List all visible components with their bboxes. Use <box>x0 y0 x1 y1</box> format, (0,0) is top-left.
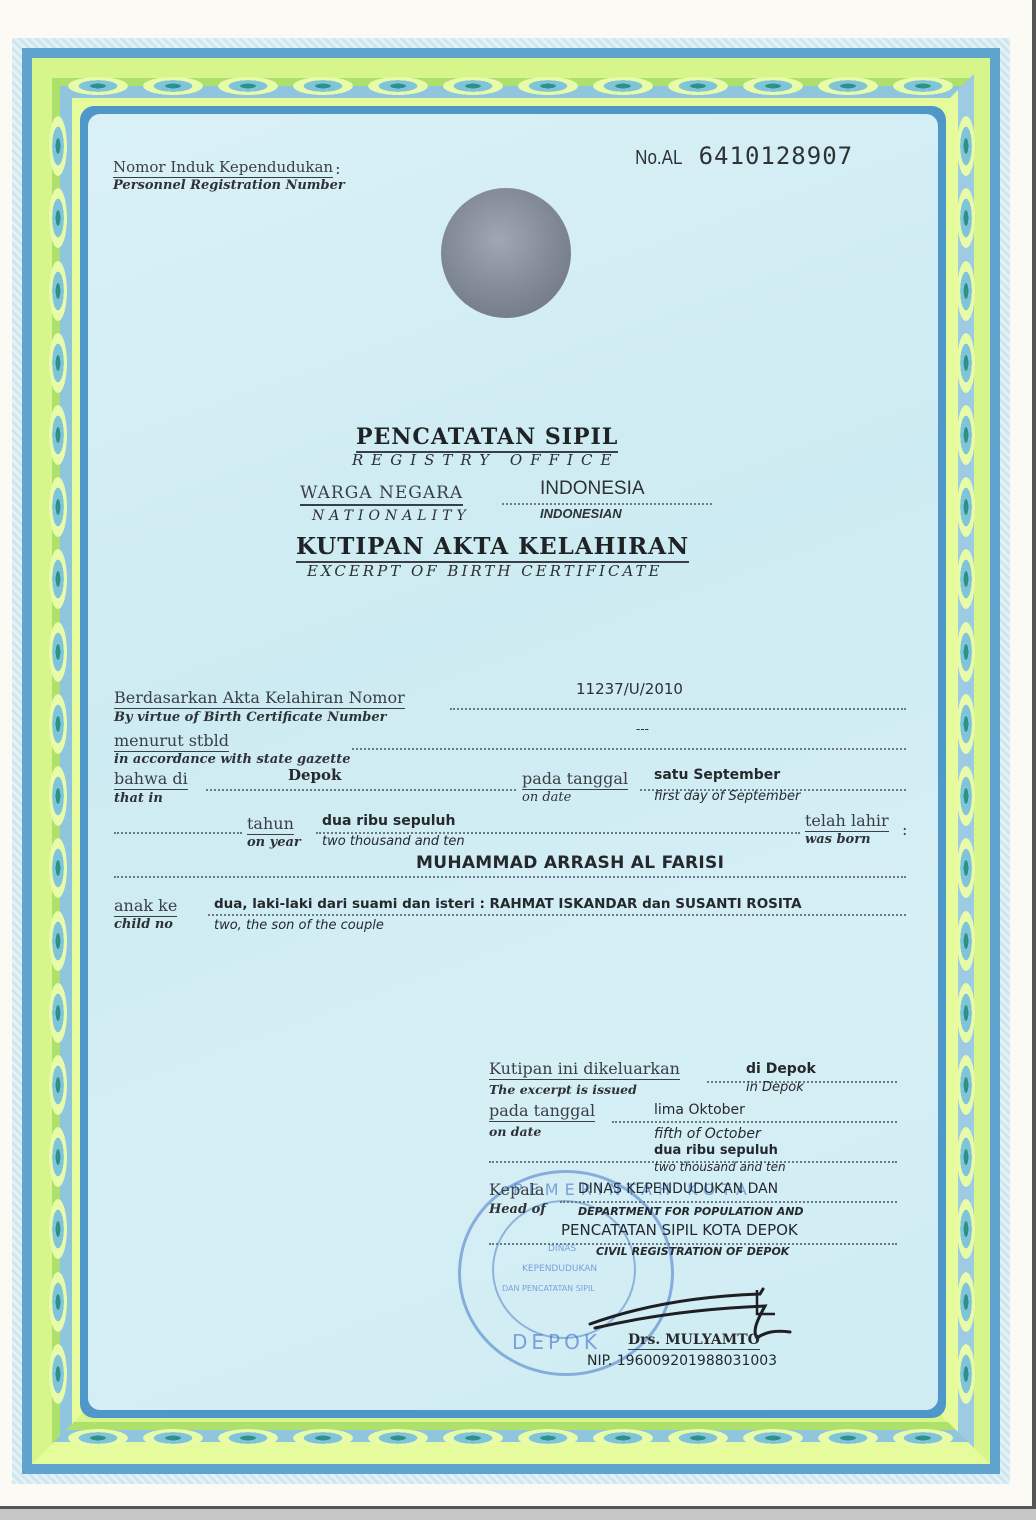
stbld-sub-label: in accordance with state gazette <box>114 752 350 767</box>
border-ornament-icon <box>49 1055 67 1115</box>
official-name: Drs. MULYAMTO <box>628 1332 760 1350</box>
border-ornament-icon <box>957 1272 975 1332</box>
border-ornament-icon <box>443 1429 503 1447</box>
border-ornament-icon <box>957 1127 975 1187</box>
child-no-label: anak ke <box>114 896 177 917</box>
border-ornament-icon <box>49 983 67 1043</box>
birth-year-sub-label: on year <box>247 835 301 850</box>
stamp-center-line-2: KEPENDUDUKAN <box>522 1264 597 1274</box>
nationality-value: INDONESIA <box>540 478 645 500</box>
border-ornament-icon <box>293 77 353 95</box>
border-ornament-icon <box>593 1429 653 1447</box>
born-colon: : <box>902 820 907 839</box>
border-ornament-icon <box>743 1429 803 1447</box>
nik-sub-label: Personnel Registration Number <box>113 178 345 193</box>
border-ornament-icon <box>957 983 975 1043</box>
border-ornament-icon <box>957 1055 975 1115</box>
serial-number-group: No.AL 6410128907 <box>631 142 853 170</box>
border-ornament-icon <box>49 766 67 826</box>
nationality-label: WARGA NEGARA <box>300 483 463 506</box>
nationality-value-sub: INDONESIAN <box>540 506 622 521</box>
ornament-row-top <box>60 66 960 106</box>
border-ornament-icon <box>68 1429 128 1447</box>
border-ornament-icon <box>49 405 67 465</box>
issued-year-value-sub: two thousand and ten <box>654 1160 786 1174</box>
border-ornament-icon <box>68 77 128 95</box>
office-title: PENCATATAN SIPIL <box>356 424 618 453</box>
child-no-value: dua, laki-laki dari suami dan isteri : R… <box>214 896 802 912</box>
border-ornament-icon <box>957 333 975 393</box>
ornament-row-right <box>946 110 986 1410</box>
border-ornament-icon <box>957 116 975 176</box>
document-subtitle: EXCERPT OF BIRTH CERTIFICATE <box>307 562 662 580</box>
border-ornament-icon <box>143 77 203 95</box>
border-ornament-icon <box>49 116 67 176</box>
birth-date-value: satu September <box>654 767 780 783</box>
stamp-center-line-3: DAN PENCATATAN SIPIL <box>502 1284 595 1293</box>
nationality-dotted-line <box>502 503 712 505</box>
ornament-row-bottom <box>60 1418 960 1458</box>
birth-date-sub-label: on date <box>522 790 571 805</box>
scan-edge-bottom <box>0 1506 1036 1520</box>
birth-date-label: pada tanggal <box>522 769 628 790</box>
place-label: bahwa di <box>114 769 188 790</box>
border-ornament-icon <box>49 694 67 754</box>
office-title-group: PENCATATAN SIPIL <box>356 424 618 453</box>
birth-date-value-sub: first day of September <box>654 789 800 804</box>
border-ornament-icon <box>893 77 953 95</box>
border-ornament-icon <box>443 77 503 95</box>
issued-date-value: lima Oktober <box>654 1102 745 1118</box>
border-ornament-icon <box>518 1429 578 1447</box>
issued-label: Kutipan ini dikeluarkan <box>489 1059 680 1080</box>
border-ornament-icon <box>49 261 67 321</box>
issued-date-sub-label: on date <box>489 1124 541 1139</box>
border-ornament-icon <box>49 549 67 609</box>
border-ornament-icon <box>49 1272 67 1332</box>
border-ornament-icon <box>518 77 578 95</box>
border-ornament-icon <box>218 77 278 95</box>
document-title: KUTIPAN AKTA KELAHIRAN <box>296 533 689 563</box>
year-leading-dotted-line <box>114 832 242 834</box>
place-value: Depok <box>288 766 341 784</box>
garuda-emblem-seal <box>441 188 571 318</box>
cert-no-label: Berdasarkan Akta Kelahiran Nomor <box>114 688 405 709</box>
place-dotted-line <box>206 789 516 791</box>
child-name-dotted-line <box>114 876 906 878</box>
issued-date-dotted-line <box>612 1121 897 1123</box>
border-ornament-icon <box>49 188 67 248</box>
nik-label-group: Nomor Induk Kependudukan : Personnel Reg… <box>113 158 345 193</box>
cert-no-dotted-line <box>450 708 906 710</box>
birth-year-label: tahun <box>247 814 294 835</box>
stamp-center-line-1: DINAS <box>548 1244 576 1254</box>
stbld-label: menurut stbld <box>114 731 229 752</box>
border-ornament-icon <box>49 477 67 537</box>
border-ornament-icon <box>957 1344 975 1404</box>
border-ornament-icon <box>668 77 728 95</box>
nik-label: Nomor Induk Kependudukan <box>113 158 333 178</box>
border-ornament-icon <box>593 77 653 95</box>
official-nip: NIP. 196009201988031003 <box>587 1353 777 1369</box>
border-ornament-icon <box>957 766 975 826</box>
child-no-value-sub: two, the son of the couple <box>214 918 384 933</box>
child-no-sub-label: child no <box>114 917 173 932</box>
born-label: telah lahir <box>805 811 889 832</box>
border-ornament-icon <box>143 1429 203 1447</box>
border-ornament-icon <box>49 911 67 971</box>
department-line-2-sub: CIVIL REGISTRATION OF DEPOK <box>596 1245 789 1258</box>
border-ornament-icon <box>893 1429 953 1447</box>
border-ornament-icon <box>218 1429 278 1447</box>
cert-no-value: 11237/U/2010 <box>576 680 683 698</box>
scan-edge-right <box>1032 0 1036 1506</box>
border-ornament-icon <box>49 1127 67 1187</box>
birth-year-value: dua ribu sepuluh <box>322 813 455 829</box>
border-ornament-icon <box>293 1429 353 1447</box>
ornament-row-left <box>38 110 78 1410</box>
issued-place-value: di Depok <box>746 1061 816 1077</box>
issued-date-value-sub: fifth of October <box>654 1126 761 1142</box>
border-ornament-icon <box>368 77 428 95</box>
border-ornament-icon <box>957 694 975 754</box>
head-label: Kepala <box>489 1180 544 1199</box>
border-ornament-icon <box>818 77 878 95</box>
border-ornament-icon <box>957 188 975 248</box>
stbld-dotted-line <box>352 748 906 750</box>
border-ornament-icon <box>743 77 803 95</box>
issued-sub-label: The excerpt is issued <box>489 1082 637 1097</box>
nationality-sub-label: NATIONALITY <box>312 508 471 524</box>
department-line-1: DINAS KEPENDUDUKAN DAN <box>578 1181 778 1197</box>
border-ornament-icon <box>49 333 67 393</box>
issued-date-label: pada tanggal <box>489 1101 595 1122</box>
border-ornament-icon <box>49 622 67 682</box>
nik-colon: : <box>335 159 340 178</box>
border-ornament-icon <box>957 405 975 465</box>
serial-prefix: No.AL <box>635 147 682 170</box>
border-ornament-icon <box>957 838 975 898</box>
border-ornament-icon <box>957 1199 975 1259</box>
issued-place-value-sub: in Depok <box>746 1080 804 1095</box>
border-ornament-icon <box>49 838 67 898</box>
department-line-2: PENCATATAN SIPIL KOTA DEPOK <box>561 1221 798 1239</box>
cert-no-sub-label: By virtue of Birth Certificate Number <box>114 710 387 725</box>
department-line-1-sub: DEPARTMENT FOR POPULATION AND <box>578 1205 804 1218</box>
child-name: MUHAMMAD ARRASH AL FARISI <box>416 853 724 873</box>
birth-year-value-sub: two thousand and ten <box>322 834 465 849</box>
border-ornament-icon <box>957 622 975 682</box>
child-no-dotted-line <box>208 914 906 916</box>
issued-year-value: dua ribu sepuluh <box>654 1143 778 1158</box>
border-ornament-icon <box>957 911 975 971</box>
stbld-value: --- <box>636 722 649 736</box>
border-ornament-icon <box>49 1199 67 1259</box>
border-ornament-icon <box>668 1429 728 1447</box>
office-subtitle: REGISTRY OFFICE <box>352 451 619 469</box>
serial-number: 6410128907 <box>699 142 854 170</box>
border-ornament-icon <box>368 1429 428 1447</box>
border-ornament-icon <box>957 261 975 321</box>
head-sub-label: Head of <box>489 1202 546 1217</box>
department-line-1-dotted <box>560 1201 897 1203</box>
border-ornament-icon <box>957 549 975 609</box>
border-ornament-icon <box>49 1344 67 1404</box>
border-ornament-icon <box>818 1429 878 1447</box>
born-sub-label: was born <box>805 832 871 847</box>
border-ornament-icon <box>957 477 975 537</box>
place-sub-label: that in <box>114 791 163 806</box>
